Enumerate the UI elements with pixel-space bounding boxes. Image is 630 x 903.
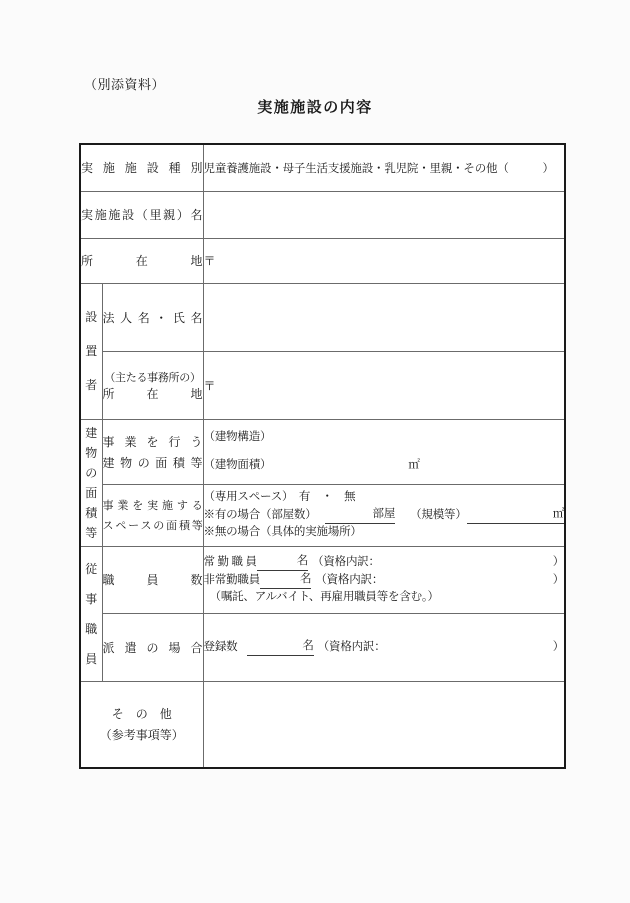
row-building-area: 建 物 の 面 積 等 事業を行う 建物の面積等 （建物構造） （建物面積） ㎡ xyxy=(80,419,565,484)
parttime-count-blank xyxy=(260,574,300,589)
rooms-unit: 部屋 xyxy=(373,506,396,524)
location-value: 〒 xyxy=(203,238,565,283)
rooms-count-blank xyxy=(325,509,373,524)
corporate-name-label: 法人名・氏名 xyxy=(102,283,203,351)
staff-count-value: 常 勤 職 員 名 （資格内訳： ） 非常勤職員 名 （資格内訳： xyxy=(203,546,565,613)
row-location: 所在地 〒 xyxy=(80,238,565,283)
facility-name-value xyxy=(203,191,565,238)
facility-details-table: 実施施設種別 児童養護施設・母子生活支援施設・乳児院・里親・その他（ ） 実施施… xyxy=(79,143,566,769)
corporate-name-value xyxy=(203,283,565,351)
location-label: 所在地 xyxy=(80,238,203,283)
registered-count-blank xyxy=(247,641,302,656)
fulltime-staff-line: 常 勤 職 員 名 （資格内訳： ） xyxy=(204,553,565,571)
staff-note-line: （嘱託、アルバイト、再雇用職員等を含む。） xyxy=(204,589,565,606)
staff-section-header: 従 事 職 員 xyxy=(80,546,102,681)
building-size-label: （建物面積） xyxy=(204,457,272,474)
parttime-staff-line: 非常勤職員 名 （資格内訳： ） xyxy=(204,571,565,589)
row-establisher-name: 設 置 者 法人名・氏名 xyxy=(80,283,565,351)
other-label: そ の 他 （参考事項等） xyxy=(80,681,203,768)
dispatch-value: 登録数 名 （資格内訳： ） xyxy=(203,613,565,681)
building-structure-line: （建物構造） xyxy=(204,429,565,446)
row-other: そ の 他 （参考事項等） xyxy=(80,681,565,768)
building-size-line: （建物面積） ㎡ xyxy=(204,457,565,474)
facility-type-label: 実施施設種別 xyxy=(80,144,203,191)
facility-type-value: 児童養護施設・母子生活支援施設・乳児院・里親・その他（ ） xyxy=(203,144,565,191)
scale-label: （規模等） xyxy=(410,507,467,524)
facility-name-label: 実施施設（里親）名 xyxy=(80,191,203,238)
establisher-section-header: 設 置 者 xyxy=(80,283,102,419)
row-staff-dispatch: 派遣の場合 登録数 名 （資格内訳： ） xyxy=(80,613,565,681)
square-meter-unit: ㎡ xyxy=(553,506,564,524)
dedicated-space-line: （専用スペース） 有 ・ 無 xyxy=(204,489,565,506)
building-area-value: （建物構造） （建物面積） ㎡ xyxy=(203,419,565,484)
building-section-header: 建 物 の 面 積 等 xyxy=(80,419,102,546)
office-address-label: （主たる事務所の） 所在地 xyxy=(102,351,203,419)
attachment-note: （別添資料） xyxy=(84,74,165,93)
staff-count-label: 職員数 xyxy=(102,546,203,613)
row-facility-name: 実施施設（里親）名 xyxy=(80,191,565,238)
building-area-label: 事業を行う 建物の面積等 xyxy=(102,419,203,484)
row-establisher-address: （主たる事務所の） 所在地 〒 xyxy=(80,351,565,419)
space-has-line: ※有の場合（部屋数） 部屋 （規模等） ㎡ xyxy=(204,506,565,524)
dispatch-label: 派遣の場合 xyxy=(102,613,203,681)
fulltime-count-blank xyxy=(257,556,297,571)
square-meter-unit: ㎡ xyxy=(408,457,419,474)
postal-mark: 〒 xyxy=(204,254,216,268)
registered-count-line: 登録数 名 （資格内訳： ） xyxy=(204,638,565,656)
building-structure-label: （建物構造） xyxy=(204,429,272,446)
office-address-value: 〒 xyxy=(203,351,565,419)
other-value xyxy=(203,681,565,768)
row-facility-type: 実施施設種別 児童養護施設・母子生活支援施設・乳児院・里親・その他（ ） xyxy=(80,144,565,191)
row-space-area: 事業を実施する スペースの面積等 （専用スペース） 有 ・ 無 ※有の場合（部屋… xyxy=(80,484,565,546)
page-title: 実施施設の内容 xyxy=(0,96,630,117)
space-area-label: 事業を実施する スペースの面積等 xyxy=(102,484,203,546)
row-staff-count: 従 事 職 員 職員数 常 勤 職 員 名 （資格内訳： ） xyxy=(80,546,565,613)
document-page: （別添資料） 実施施設の内容 実施施設種別 児童養護施設・母子生活支援施設・乳児… xyxy=(0,0,630,903)
postal-mark: 〒 xyxy=(204,379,216,393)
space-none-line: ※無の場合（具体的実施場所） xyxy=(204,524,565,541)
scale-blank xyxy=(467,509,553,524)
space-area-value: （専用スペース） 有 ・ 無 ※有の場合（部屋数） 部屋 （規模等） ㎡ ※無の… xyxy=(203,484,565,546)
